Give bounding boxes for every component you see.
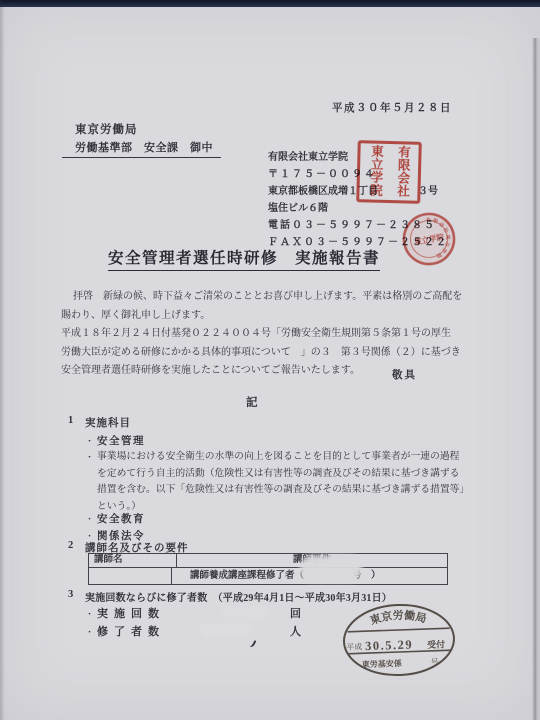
company-round-seal-stamp: 有限会社東立学院 東立学院 <box>397 207 462 272</box>
sender-address-suffix: ３号 <box>418 183 438 200</box>
count-label: 修了者数 <box>97 623 165 639</box>
recipient-dept: 労働基準部 安全課 御中 <box>62 139 221 158</box>
redaction-smudge <box>222 605 268 619</box>
list-item-line: を定めて行う自主的活動（危険性又は有害性等の調査及びその結果に基づき講ずる <box>97 466 469 483</box>
count-row: ・ 実施回数 回 <box>60 605 340 623</box>
instructor-table: 講師名 講師要件 講師養成講座課程修了者（ 号 ） <box>88 553 448 585</box>
list-item-line: という。） <box>97 499 469 516</box>
receipt-stamp-label: 受付 <box>427 638 445 650</box>
list-item-text: 安全管理 <box>97 433 145 448</box>
body-line: 賜わり、厚く御礼申し上げます。 <box>61 307 462 326</box>
notice-marker: 記 <box>246 394 258 410</box>
requirement-text-prefix: 講師養成講座課程修了者（ <box>190 568 304 584</box>
body-line: 平成１８年２月２４日付基発０２２４００４号「労働安全衛生規則第５条第１号の厚生 <box>61 325 462 344</box>
bullet-glyph: ・ <box>85 511 97 526</box>
receipt-stamp-office: 東京労働局 <box>368 607 428 628</box>
list-item-line: 事業場における安全衛生の水準の向上を図ることを目的として事業者が一連の過程 <box>97 449 469 466</box>
section1-number: 1 <box>68 415 73 426</box>
recipient-org: 東京労働局 <box>75 121 138 137</box>
document-title: 安全管理者選任時研修 実施報告書 <box>108 246 380 271</box>
list-item: ・ 事業場における安全衛生の水準の向上を図ることを目的として事業者が一連の過程 … <box>85 449 469 515</box>
table-data-row: 講師養成講座課程修了者（ 号 ） <box>89 568 447 584</box>
receipt-stamp-number-suffix: 号 <box>431 657 439 667</box>
scan-edge-right <box>532 38 540 720</box>
redaction-smudge <box>200 622 252 637</box>
scanned-document-page: 平成３０年５月２８日 東京労働局 労働基準部 安全課 御中 有限会社東立学院 〒… <box>0 0 540 720</box>
receipt-stamp-date: 30.5.29 <box>365 638 413 654</box>
section3-number: 3 <box>68 589 73 600</box>
redaction-smudge <box>304 559 358 578</box>
count-label: 実施回数 <box>97 605 165 621</box>
list-item-line: 措置を含む。以下「危険性又は有害性等の調査及びその結果に基づき講ずる措置等」 <box>97 482 469 499</box>
bullet-glyph: ・ <box>85 433 97 448</box>
scan-edge-top <box>0 0 540 7</box>
bullet-glyph: ・ <box>85 625 94 638</box>
receipt-stamp-section: 東労基安係 <box>362 658 403 669</box>
table-cell-instructor-name-empty <box>89 568 172 584</box>
bullet-glyph: ・ <box>85 449 97 515</box>
table-header-row: 講師名 講師要件 <box>89 554 447 568</box>
section2-number: 2 <box>68 540 73 551</box>
labor-bureau-receipt-stamp: 東京労働局 平成 30.5.29 受付 東労基安係 号 <box>336 597 463 685</box>
scan-edge-left <box>0 0 5 720</box>
bullet-glyph: ・ <box>85 607 94 620</box>
body-line: 労働大臣が定める研修にかかる具体的事項について 」の３ 第３号関係（２）に基づき <box>61 344 462 363</box>
section1-heading: 実施科目 <box>85 415 131 430</box>
list-item: ・ 安全教育 <box>85 511 145 526</box>
list-item: ・ 安全管理 <box>85 433 145 448</box>
ink-mark <box>247 638 257 648</box>
table-header-instructor-name: 講師名 <box>89 554 177 567</box>
body-line: 拝啓 新緑の候、時下益々ご清栄のこととお喜び申し上げます。平素は格別のご高配を <box>61 288 462 307</box>
receipt-stamp-era: 平成 <box>346 641 362 652</box>
count-unit: 人 <box>290 623 301 639</box>
company-square-seal-stamp: 有限会社東立学院 <box>356 140 422 204</box>
list-item-text: 安全教育 <box>97 511 145 526</box>
svg-text:東京労働局: 東京労働局 <box>368 607 428 628</box>
document-date: 平成３０年５月２８日 <box>332 100 452 115</box>
letter-closing: 敬具 <box>392 367 417 382</box>
count-unit: 回 <box>290 605 301 621</box>
